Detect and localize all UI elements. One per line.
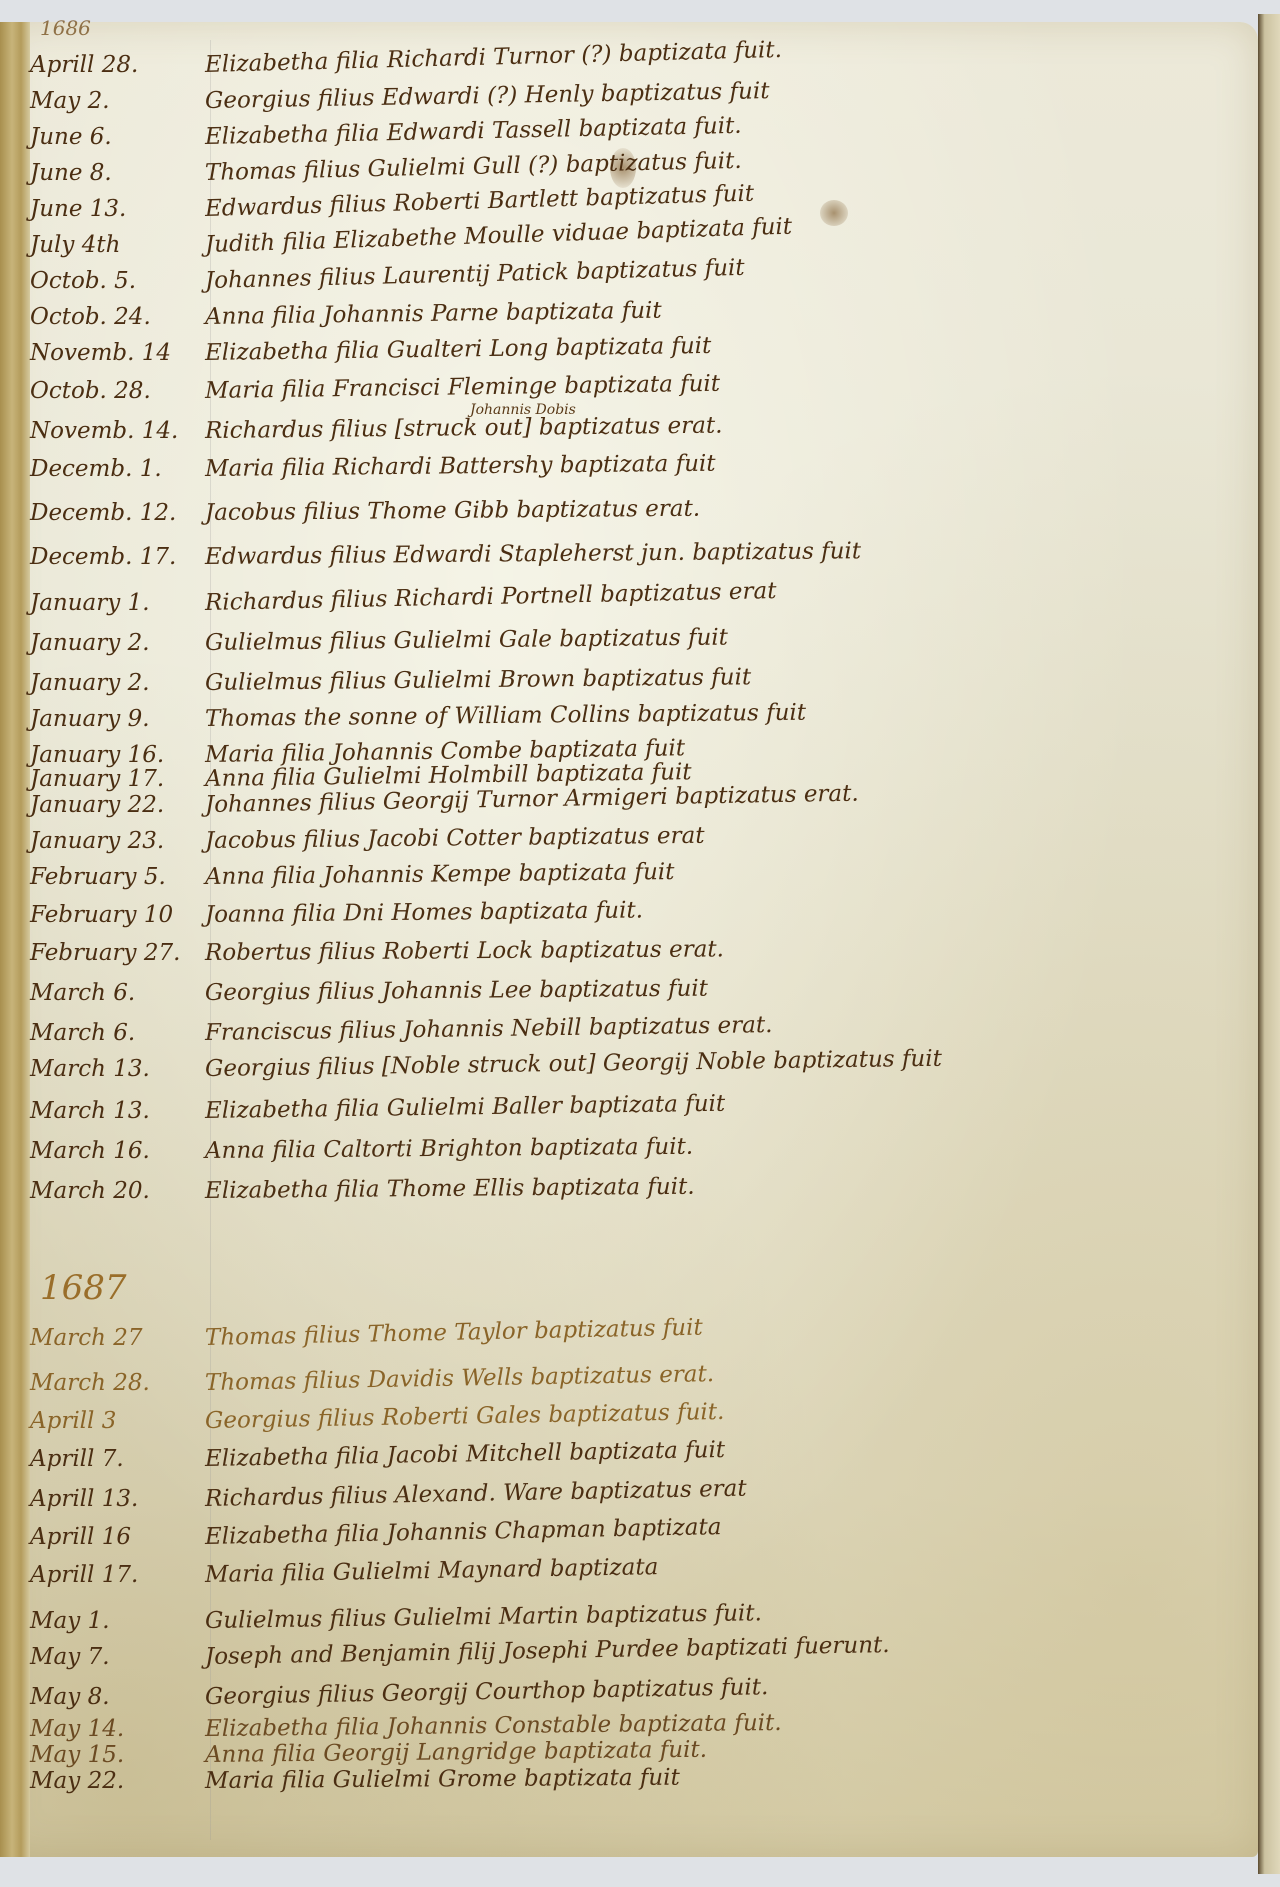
entry-date: March 16.	[30, 1138, 205, 1164]
interlinear-insertion: Johannis Dobis	[470, 402, 576, 418]
entry-date: May 8.	[30, 1684, 205, 1710]
entry-text: Anna filia Georgij Langridge baptizata f…	[205, 1737, 707, 1768]
entry-date: January 22.	[30, 792, 205, 818]
entry-date: March 6.	[30, 1020, 205, 1046]
entry-date: January 2.	[30, 670, 205, 696]
entry-date: March 13.	[30, 1098, 205, 1124]
baptism-entry: February 27.Robertus filius Roberti Lock…	[0, 940, 1258, 974]
entry-date: Decemb. 1.	[30, 456, 205, 482]
baptism-entry: February 10Joanna filia Dni Homes baptiz…	[0, 902, 1258, 936]
baptism-entry: January 23.Jacobus filius Jacobi Cotter …	[0, 828, 1258, 862]
entry-date: May 1.	[30, 1608, 205, 1634]
entry-date: February 10	[30, 902, 205, 928]
entry-text: Robertus filius Roberti Lock baptizatus …	[205, 936, 724, 966]
entry-date: March 13.	[30, 1056, 205, 1082]
entry-date: March 6.	[30, 980, 205, 1006]
entry-text: Maria filia Richardi Battershy baptizata…	[205, 451, 716, 482]
baptism-entry: March 13.Georgius filius [Noble struck o…	[0, 1056, 1258, 1090]
baptism-entry: March 27Thomas filius Thome Taylor bapti…	[0, 1325, 1258, 1359]
entry-date: May 22.	[30, 1768, 205, 1794]
entry-text: Anna filia Johannis Kempe baptizata fuit	[205, 859, 675, 890]
baptism-entry: January 22.Johannes filius Georgij Turno…	[0, 792, 1258, 826]
baptism-entry: March 20.Elizabetha filia Thome Ellis ba…	[0, 1178, 1258, 1212]
baptism-entry: Aprill 7.Elizabetha filia Jacobi Mitchel…	[0, 1446, 1258, 1480]
baptism-entry: Novemb. 14.Richardus filius [struck out]…	[0, 418, 1258, 452]
entry-date: May 7.	[30, 1644, 205, 1670]
entry-date: Aprill 13.	[30, 1486, 205, 1512]
entry-date: Decemb. 12.	[30, 500, 205, 526]
baptism-entry: Decemb. 1.Maria filia Richardi Battershy…	[0, 456, 1258, 490]
baptism-entry: Aprill 17.Maria filia Gulielmi Maynard b…	[0, 1562, 1258, 1596]
entry-date: March 20.	[30, 1178, 205, 1204]
baptism-entry: Octob. 24.Anna filia Johannis Parne bapt…	[0, 304, 1258, 338]
entry-date: January 1.	[30, 590, 205, 616]
entry-date: July 4th	[30, 232, 205, 258]
entry-date: Decemb. 17.	[30, 544, 205, 570]
entry-date: Aprill 7.	[30, 1446, 205, 1472]
entry-text: Maria filia Gulielmi Grome baptizata fui…	[205, 1765, 680, 1794]
baptism-entry: Decemb. 12.Jacobus filius Thome Gibb bap…	[0, 500, 1258, 534]
entry-date: Aprill 16	[30, 1524, 205, 1550]
entry-text: Georgius filius Johannis Lee baptizatus …	[205, 976, 708, 1006]
entry-date: January 17.	[30, 766, 205, 792]
baptism-entry: February 5.Anna filia Johannis Kempe bap…	[0, 864, 1258, 898]
entry-text: Jacobus filius Jacobi Cotter baptizatus …	[205, 823, 705, 854]
year-heading-top: 1686	[40, 16, 91, 40]
baptism-entry: January 9.Thomas the sonne of William Co…	[0, 706, 1258, 740]
entry-date: March 28.	[30, 1370, 205, 1396]
entry-text: Gulielmus filius Gulielmi Brown baptizat…	[205, 664, 751, 696]
baptism-entry: Decemb. 17.Edwardus filius Edwardi Stapl…	[0, 544, 1258, 578]
baptism-entry: March 16.Anna filia Caltorti Brighton ba…	[0, 1138, 1258, 1172]
entry-text: Thomas the sonne of William Collins bapt…	[205, 700, 806, 732]
baptism-entry: May 22.Maria filia Gulielmi Grome baptiz…	[0, 1768, 1258, 1802]
baptism-entry: Novemb. 14Elizabetha filia Gualteri Long…	[0, 340, 1258, 374]
baptism-entry: January 1.Richardus filius Richardi Port…	[0, 590, 1258, 624]
entry-date: February 5.	[30, 864, 205, 890]
entry-date: March 27	[30, 1325, 205, 1351]
entry-date: June 13.	[30, 196, 205, 222]
entry-date: May 2.	[30, 88, 205, 114]
entry-text: Elizabetha filia Thome Ellis baptizata f…	[205, 1174, 695, 1204]
entry-date: Octob. 28.	[30, 378, 205, 404]
baptism-entry: January 2.Gulielmus filius Gulielmi Gale…	[0, 630, 1258, 664]
entry-date: June 6.	[30, 124, 205, 150]
year-heading-1687: 1687	[40, 1268, 127, 1308]
baptism-entry: Octob. 5.Johannes filius Laurentij Patic…	[0, 268, 1258, 302]
entry-date: Octob. 24.	[30, 304, 205, 330]
entry-text: Anna filia Johannis Parne baptizata fuit	[205, 298, 662, 330]
entry-text: Edwardus filius Edwardi Stapleherst jun.…	[205, 538, 861, 570]
entry-text: Joanna filia Dni Homes baptizata fuit.	[205, 897, 643, 928]
entry-date: Aprill 3	[30, 1408, 205, 1434]
entry-date: Aprill 17.	[30, 1562, 205, 1588]
entry-date: Octob. 5.	[30, 268, 205, 294]
baptism-entry: March 13.Elizabetha filia Gulielmi Balle…	[0, 1098, 1258, 1132]
entry-date: Novemb. 14.	[30, 418, 205, 444]
entry-date: May 15.	[30, 1742, 205, 1768]
entry-date: May 14.	[30, 1716, 205, 1742]
baptism-entry: May 7.Joseph and Benjamin filij Josephi …	[0, 1644, 1258, 1678]
entry-date: January 23.	[30, 828, 205, 854]
entry-date: Novemb. 14	[30, 340, 205, 366]
facing-page-edge	[1258, 14, 1280, 1874]
entry-date: Aprill 28.	[30, 52, 205, 78]
entry-date: January 2.	[30, 630, 205, 656]
baptism-entry: March 6.Franciscus filius Johannis Nebil…	[0, 1020, 1258, 1054]
entry-text: Richardus filius [struck out] baptizatus…	[205, 413, 723, 444]
entry-date: January 9.	[30, 706, 205, 732]
entry-date: February 27.	[30, 940, 205, 966]
baptism-entry: January 2.Gulielmus filius Gulielmi Brow…	[0, 670, 1258, 704]
entry-text: Jacobus filius Thome Gibb baptizatus era…	[205, 496, 700, 526]
baptism-entry: Aprill 16Elizabetha filia Johannis Chapm…	[0, 1524, 1258, 1558]
entry-date: June 8.	[30, 160, 205, 186]
entry-text: Anna filia Caltorti Brighton baptizata f…	[205, 1134, 693, 1164]
baptism-entry: Aprill 3Georgius filius Roberti Gales ba…	[0, 1408, 1258, 1442]
entry-date: January 16.	[30, 742, 205, 768]
baptism-entry: March 6.Georgius filius Johannis Lee bap…	[0, 980, 1258, 1014]
baptism-entry: Octob. 28.Maria filia Francisci Fleminge…	[0, 378, 1258, 412]
entry-text: Gulielmus filius Gulielmi Gale baptizatu…	[205, 625, 728, 656]
baptism-entry: March 28.Thomas filius Davidis Wells bap…	[0, 1370, 1258, 1404]
